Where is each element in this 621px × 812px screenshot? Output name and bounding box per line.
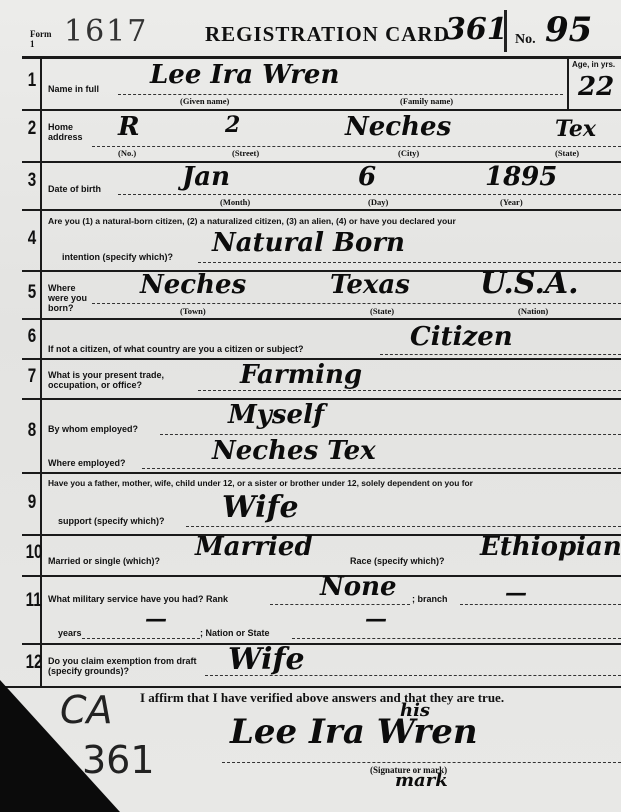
fill-line [292, 638, 621, 639]
military-rank-label: What military service have you had? Rank [48, 594, 228, 604]
row-number: 7 [26, 366, 39, 388]
fill-line [198, 262, 621, 263]
fill-line [270, 604, 410, 605]
row-number: 3 [26, 170, 39, 192]
name-label: Name in full [48, 84, 99, 94]
row-number: 11 [26, 590, 39, 612]
work-location-label: Where employed? [48, 458, 126, 468]
affirmation-text: I affirm that I have verified above answ… [140, 690, 504, 706]
citizenship-value: Natural Born [212, 228, 405, 258]
fill-line [92, 146, 621, 147]
foreign-citizen-label: If not a citizen, of what country are yo… [48, 344, 304, 354]
caption-year: (Year) [500, 197, 523, 207]
fill-line [118, 194, 621, 195]
caption-town: (Town) [180, 306, 206, 316]
dependents-label: support (specify which)? [58, 516, 165, 526]
row-number: 2 [26, 118, 39, 140]
age-divider [567, 58, 569, 110]
handwritten-serial: 361 [445, 12, 508, 47]
form-number: 1617 [64, 14, 148, 49]
address-city: Neches [345, 112, 451, 142]
caption-state: (State) [370, 306, 394, 316]
exemption-value: Wife [228, 642, 305, 677]
row-number: 10 [26, 542, 39, 564]
row-number: 8 [26, 420, 39, 442]
caption-day: (Day) [368, 197, 388, 207]
home-address-label: Home address [48, 122, 88, 142]
row-number: 9 [26, 492, 39, 514]
caption-no: (No.) [118, 148, 136, 158]
card-title: REGISTRATION CARD [205, 22, 450, 47]
military-years-value: — [145, 606, 167, 632]
marital-value: Married [195, 532, 313, 562]
exemption-label: Do you claim exemption from draft (speci… [48, 656, 198, 676]
dob-month: Jan [182, 162, 230, 192]
occupation-value: Farming [240, 360, 362, 390]
family-name-caption: (Family name) [400, 96, 453, 106]
fill-line [142, 468, 621, 469]
torn-corner [0, 680, 120, 812]
name-value: Lee Ira Wren [150, 60, 339, 90]
dob-year: 1895 [485, 162, 557, 192]
fill-line [380, 354, 621, 355]
rule [22, 472, 621, 474]
foreign-citizen-value: Citizen [410, 322, 513, 352]
dob-label: Date of birth [48, 184, 101, 194]
fill-line [82, 638, 200, 639]
rule [22, 318, 621, 320]
signature: Lee Ira Wren [230, 712, 478, 752]
fill-line [186, 526, 621, 527]
mark-annotation: mark [395, 770, 448, 791]
caption-state: (State) [555, 148, 579, 158]
military-years-label: years [58, 628, 82, 638]
address-number: R [118, 112, 140, 142]
race-value: Ethiopian [480, 532, 621, 562]
citizenship-label: intention (specify which)? [62, 252, 173, 262]
fill-line [198, 390, 621, 391]
registration-card: Form 1 1617 REGISTRATION CARD 361 No. 95… [0, 0, 621, 812]
military-branch-value: — [505, 580, 527, 606]
no-label: No. [515, 32, 536, 48]
fill-line [460, 604, 621, 605]
dependents-value: Wife [222, 490, 299, 525]
birth-nation: U.S.A. [480, 266, 579, 301]
military-rank-value: None [320, 572, 397, 602]
military-branch-label: ; branch [412, 594, 448, 604]
military-nation-value: — [365, 606, 387, 632]
caption-nation: (Nation) [518, 306, 548, 316]
row-number: 5 [26, 282, 39, 304]
military-nation-label: ; Nation or State [200, 628, 270, 638]
dob-day: 6 [358, 162, 376, 192]
signature-line [222, 762, 621, 763]
birth-town: Neches [140, 270, 246, 300]
employer-label: By whom employed? [48, 424, 138, 434]
birthplace-label: Where were you born? [48, 283, 93, 313]
marital-label: Married or single (which)? [48, 556, 160, 566]
no-value: 95 [545, 10, 592, 50]
age-value: 22 [578, 72, 614, 102]
occupation-label: What is your present trade, occupation, … [48, 370, 198, 390]
row-number: 12 [26, 652, 39, 674]
given-name-caption: (Given name) [180, 96, 229, 106]
race-label: Race (specify which)? [350, 556, 445, 566]
employer-value: Myself [228, 400, 324, 430]
form-label: Form 1 [30, 29, 52, 49]
row-number: 6 [26, 326, 39, 348]
header-divider [504, 10, 507, 52]
rule [22, 56, 621, 59]
address-state: Tex [555, 116, 596, 142]
dependents-question: Have you a father, mother, wife, child u… [48, 478, 473, 488]
caption-street: (Street) [232, 148, 259, 158]
citizenship-question: Are you (1) a natural-born citizen, (2) … [48, 216, 456, 226]
rule [22, 643, 621, 645]
fill-line [160, 434, 621, 435]
row-number: 4 [26, 228, 39, 250]
birth-state: Texas [330, 270, 410, 300]
address-street: 2 [225, 112, 240, 138]
caption-month: (Month) [220, 197, 250, 207]
rule [22, 209, 621, 211]
work-location-value: Neches Tex [212, 436, 376, 466]
fill-line [92, 303, 621, 304]
row-number: 1 [26, 70, 39, 92]
rule [22, 109, 621, 111]
caption-city: (City) [398, 148, 419, 158]
age-label: Age, in yrs. [572, 60, 615, 69]
fill-line [118, 94, 563, 95]
